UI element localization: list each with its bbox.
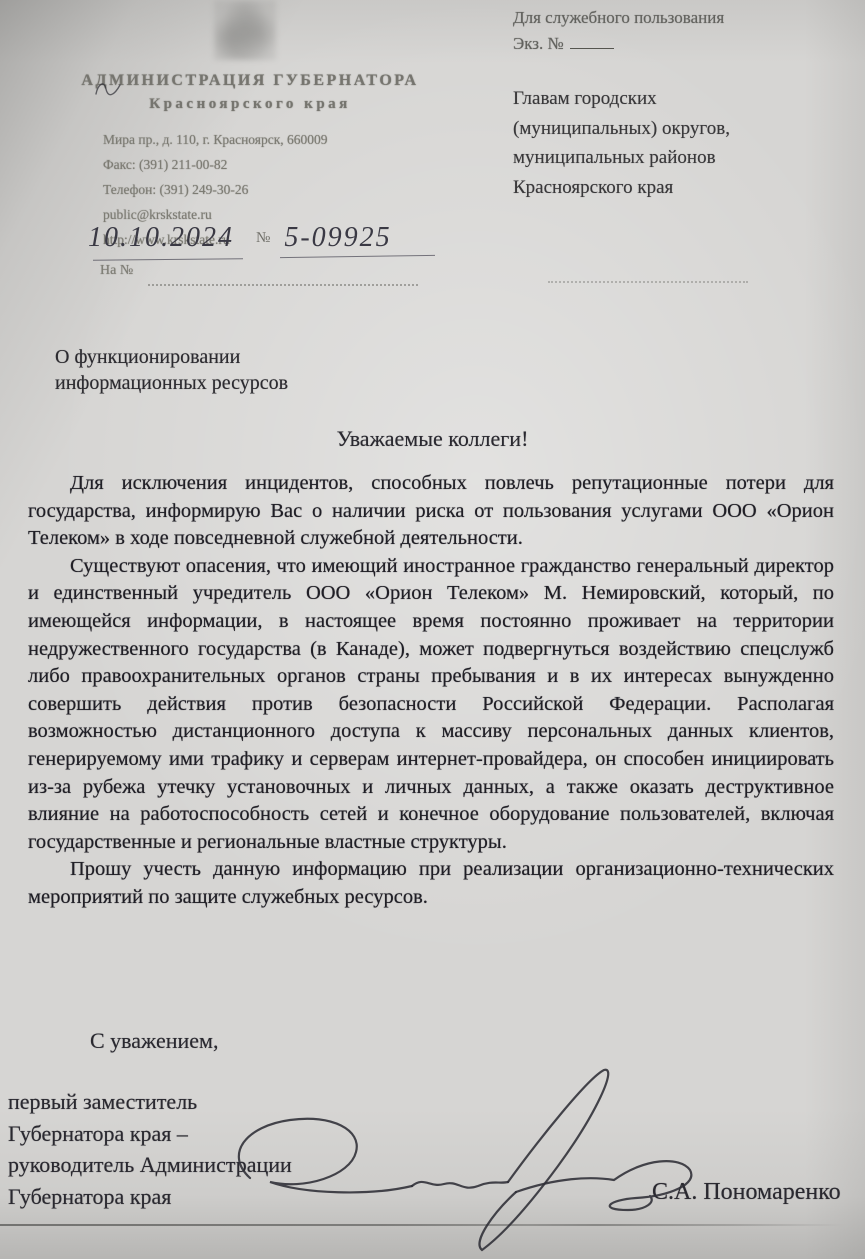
letter-body: Для исключения инцидентов, способных пов… <box>28 470 834 912</box>
scanned-letter-page: АДМИНИСТРАЦИЯ ГУБЕРНАТОРА Красноярского … <box>0 0 865 1259</box>
reply-reference-label: На № <box>100 263 133 279</box>
subject-line: О функционировании <box>55 344 288 370</box>
org-name-line2: Красноярского края <box>30 96 470 113</box>
recipient-line: Красноярского края <box>513 173 730 203</box>
recipient-line: Главам городских <box>513 84 730 114</box>
org-address: Мира пр., д. 110, г. Красноярск, 660009 <box>103 127 328 152</box>
signer-title-line: Губернатора края – <box>8 1118 338 1150</box>
body-paragraph: Прошу учесть данную информацию при реали… <box>28 856 834 911</box>
number-underline <box>280 255 435 258</box>
reply-reference-blank-line <box>148 284 418 286</box>
closing-phrase: С уважением, <box>90 1028 218 1054</box>
classification-stamp: Для служебного пользования <box>513 8 724 28</box>
signer-title-block: первый заместитель Губернатора края – ру… <box>8 1086 338 1212</box>
recipient-line: (муниципальных) округов, <box>513 114 730 144</box>
subject-block: О функционировании информационных ресурс… <box>55 344 288 396</box>
number-sign: № <box>234 230 284 246</box>
body-paragraph: Существуют опасения, что имеющий иностра… <box>28 553 834 857</box>
outgoing-reference-line: 10.10.2024№5-09925 <box>88 222 392 254</box>
signer-title-line: руководитель Администрации <box>8 1149 338 1181</box>
recipient-block: Главам городских (муниципальных) округов… <box>513 84 730 202</box>
copy-number-line: Экз. № <box>513 34 614 54</box>
handwritten-date: 10.10.2024 <box>88 222 234 253</box>
date-underline <box>93 258 243 261</box>
handwritten-number: 5-09925 <box>284 222 391 253</box>
org-fax: Факс: (391) 211-00-82 <box>103 152 328 177</box>
signer-name: С.А. Пономаренко <box>652 1179 841 1206</box>
org-phone: Телефон: (391) 249-30-26 <box>103 177 328 202</box>
copy-number-blank <box>570 34 614 49</box>
subject-line: информационных ресурсов <box>55 370 288 396</box>
body-paragraph: Для исключения инцидентов, способных пов… <box>28 470 834 553</box>
signer-title-line: Губернатора края <box>8 1181 338 1213</box>
salutation: Уважаемые коллеги! <box>0 426 865 452</box>
letterhead-org-block: АДМИНИСТРАЦИЯ ГУБЕРНАТОРА Красноярского … <box>30 72 470 113</box>
coat-of-arms-emblem-icon <box>214 0 276 60</box>
bottom-scan-line <box>0 1224 852 1226</box>
reply-reference-blank-line-2 <box>548 281 748 283</box>
copy-number-label: Экз. № <box>513 34 564 53</box>
recipient-line: муниципальных районов <box>513 143 730 173</box>
signer-title-line: первый заместитель <box>8 1086 338 1118</box>
org-name-line1: АДМИНИСТРАЦИЯ ГУБЕРНАТОРА <box>30 72 470 90</box>
